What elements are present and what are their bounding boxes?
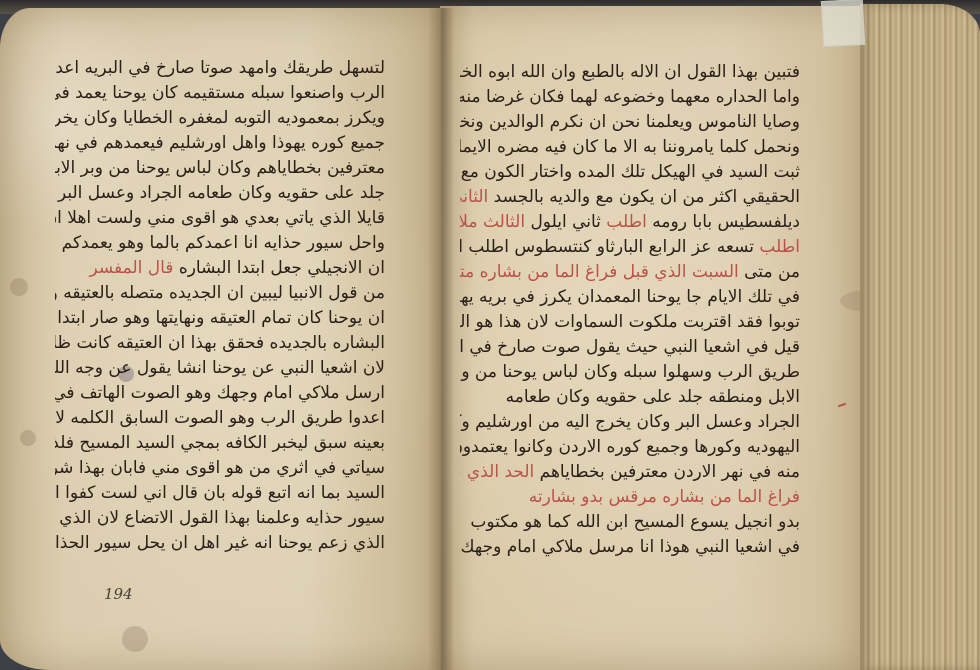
text-line: ان يوحنا كان تمام العتيقه ونهايتها وهو ص… [55, 306, 385, 331]
text-line: واحل سيور حذايه انا اعمدكم بالما وهو يعم… [55, 231, 385, 256]
stain [122, 626, 148, 652]
text-line: الذي زعم يوحنا انه غير اهل ان يحل سيور ا… [55, 531, 385, 556]
text-line: البشاره بالجديده فحقق بهذا ان العتيقه كا… [55, 331, 385, 356]
rubric-segment: بدو بشارته [529, 487, 603, 507]
text-line: ديلفسطيس بابا رومه اطلب ثاني ايلول الثال… [460, 210, 800, 235]
text-segment: الحقيقي اكثر من ان يكون مع والديه بالجسد [494, 187, 800, 207]
text-line: بدو انجيل يسوع المسيح ابن الله كما هو مك… [460, 510, 800, 535]
text-line: في اشعيا النبي هوذا انا مرسل ملاكي امام … [460, 535, 800, 560]
rubric-segment: السبت الذي قبل فراغ الما من بشاره متى [460, 262, 739, 282]
rubric-segment: فراغ الما من بشاره مرقس [609, 487, 800, 507]
text-line: ونحمل كلما يامروننا به الا ما كان فيه مض… [460, 135, 800, 160]
text-line: توبوا فقد اقتربت ملكوت السماوات لان هذا … [460, 310, 800, 335]
stain [20, 430, 36, 446]
text-line: معترفين بخطاياهم وكان لباس يوحنا من وبر … [55, 156, 385, 181]
text-line: الحقيقي اكثر من ان يكون مع والديه بالجسد… [460, 185, 800, 210]
text-line: جميع كوره يهوذا واهل اورشليم فيعمدهم في … [55, 131, 385, 156]
text-line: من قول الانبيا ليبين ان الجديده متصله با… [55, 281, 385, 306]
text-line: قايلا الذي ياتي بعدي هو اقوى مني ولست اه… [55, 206, 385, 231]
text-line: سيور حذايه وعلمنا بهذا القول الاتضاع لان… [55, 506, 385, 531]
rubric-segment: الحد الذي قبل [460, 462, 534, 482]
folio-number: 194 [104, 585, 133, 603]
text-line: سياتي في اثري من هو اقوى مني فابان بهذا … [55, 456, 385, 481]
text-line: السيد بما انه اتبع قوله بان قال اني لست … [55, 481, 385, 506]
text-line: لان اشعيا النبي عن يوحنا انشا يقول عن وج… [55, 356, 385, 381]
text-line: منه في نهر الاردن معترفين بخطاياهم الحد … [460, 460, 800, 485]
text-line: لتسهل طريقك وامهد صوتا صارخ في البريه اع… [55, 56, 385, 81]
text-line: بعينه سبق ليخبر الكافه بمجي السيد المسيح… [55, 431, 385, 456]
rubric-segment: الثاني الفتيس [460, 187, 488, 207]
rubric-segment: اطلب [606, 212, 647, 232]
rubric-segment: اطلب [759, 237, 800, 257]
rubric-label: قال المفسر [89, 258, 173, 278]
book-gutter [428, 8, 454, 670]
tape-strip [821, 0, 865, 47]
text-line: الرب واصنعوا سبله مستقيمه كان يوحنا يعمد… [55, 81, 385, 106]
text-line: الجراد وعسل البر وكان يخرج اليه من اورشل… [460, 410, 800, 435]
text-line: ويكرز بمعموديه التوبه لمغفره الخطايا وكا… [55, 106, 385, 131]
manuscript-spread: لتسهل طريقك وامهد صوتا صارخ في البريه اع… [0, 0, 980, 670]
text-line: الابل ومنطقه جلد على حقويه وكان طعامه [460, 385, 800, 410]
text-line: جلد على حقويه وكان طعامه الجراد وعسل الب… [55, 181, 385, 206]
text-line: فراغ الما من بشاره مرقس بدو بشارته [460, 485, 800, 510]
text-segment: تسعه عز الرابع البارثاو كنتسطوس اطلب الث… [460, 237, 754, 257]
text-line: قيل في اشعيا النبي حيث يقول صوت صارخ في … [460, 335, 800, 360]
text-segment: ديلفسطيس بابا رومه [652, 212, 800, 232]
text-line: وصايا الناموس ويعلمنا نحن ان نكرم الوالد… [460, 110, 800, 135]
text-line: طريق الرب وسهلوا سبله وكان لباس يوحنا من… [460, 360, 800, 385]
text-segment: من متى [744, 262, 800, 282]
text-line: فتبين بهذا القول ان الاله بالطبع وان الل… [460, 60, 800, 85]
text-line: اطلب تسعه عز الرابع البارثاو كنتسطوس اطل… [460, 235, 800, 260]
rubric-heading: ان الانجيلي جعل ابتدا البشاره [179, 258, 385, 278]
text-segment: ثاني ايلول [530, 212, 600, 232]
text-line: اعدوا طريق الرب وهو الصوت السابق الكلمه … [55, 406, 385, 431]
text-line: ان الانجيلي جعل ابتدا البشاره قال المفسر [55, 256, 385, 281]
text-line: في تلك الايام جا يوحنا المعمدان يكرز في … [460, 285, 800, 310]
text-line: واما الحداره معهما وخضوعه لهما فكان غرضا… [460, 85, 800, 110]
text-line: ارسل ملاكي امام وجهك وهو الصوت الهاتف في… [55, 381, 385, 406]
right-page-text: فتبين بهذا القول ان الاله بالطبع وان الل… [460, 60, 800, 560]
stain [10, 278, 28, 296]
page-fore-edge [860, 4, 980, 670]
text-line: اليهوديه وكورها وجميع كوره الاردن وكانوا… [460, 435, 800, 460]
text-line: من متى السبت الذي قبل فراغ الما من بشاره… [460, 260, 800, 285]
text-segment: منه في نهر الاردن معترفين بخطاياهم [540, 462, 800, 482]
text-line: ثبت السيد في الهيكل تلك المده واختار الك… [460, 160, 800, 185]
rubric-segment: الثالث ملاخي النبي [460, 212, 525, 232]
left-page-text: لتسهل طريقك وامهد صوتا صارخ في البريه اع… [55, 56, 385, 556]
